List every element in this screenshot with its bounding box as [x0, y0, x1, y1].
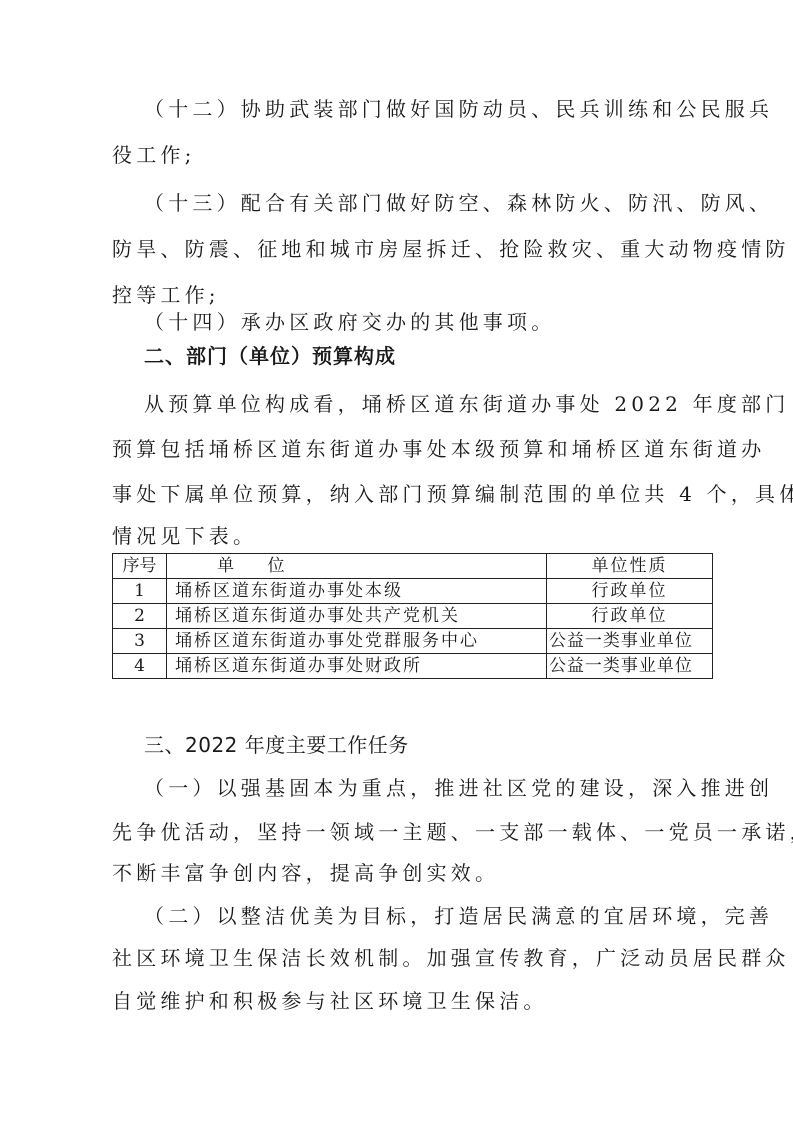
unit-type: 行政单位 [546, 604, 712, 629]
text-line: 从预算单位构成看，埇桥区道东街道办事处 2022 年度部门 [144, 392, 712, 416]
row-number: 4 [113, 654, 167, 679]
unit-name: 埇桥区道东街道办事处共产党机关 [167, 604, 547, 629]
text-line: 自觉维护和积极参与社区环境卫生保洁。 [112, 989, 712, 1013]
row-number: 3 [113, 629, 167, 654]
unit-type: 行政单位 [546, 579, 712, 604]
section-heading-main-tasks: 三、2022 年度主要工作任务 [144, 733, 409, 757]
text-line: 役工作; [112, 143, 712, 167]
table-row: 3 埇桥区道东街道办事处党群服务中心 公益一类事业单位 [113, 629, 713, 654]
table-header-row: 序号 单 位 单位性质 [113, 554, 713, 579]
text-line: （十四）承办区政府交办的其他事项。 [144, 310, 712, 334]
text-line: 防旱、防震、征地和城市房屋拆迁、抢险救灾、重大动物疫情防 [112, 237, 712, 261]
row-number: 2 [113, 604, 167, 629]
text-line: （二）以整洁优美为目标，打造居民满意的宜居环境，完善 [144, 904, 712, 928]
table-row: 1 埇桥区道东街道办事处本级 行政单位 [113, 579, 713, 604]
document-page: （十二）协助武装部门做好国防动员、民兵训练和公民服兵 役工作; （十三）配合有关… [0, 0, 793, 1122]
text-line: 不断丰富争创内容，提高争创实效。 [112, 861, 712, 885]
unit-type: 公益一类事业单位 [546, 654, 712, 679]
column-header-unit-type: 单位性质 [546, 554, 712, 579]
column-header-unit: 单 位 [167, 554, 547, 579]
unit-name: 埇桥区道东街道办事处党群服务中心 [167, 629, 547, 654]
unit-name: 埇桥区道东街道办事处财政所 [167, 654, 547, 679]
text-line: 预算包括埇桥区道东街道办事处本级预算和埇桥区道东街道办 [112, 437, 712, 461]
table-row: 2 埇桥区道东街道办事处共产党机关 行政单位 [113, 604, 713, 629]
text-line: 社区环境卫生保洁长效机制。加强宣传教育，广泛动员居民群众 [112, 946, 712, 970]
section-heading-budget-composition: 二、部门（单位）预算构成 [144, 344, 396, 368]
text-line: （一）以强基固本为重点，推进社区党的建设，深入推进创 [144, 776, 712, 800]
text-line: 情况见下表。 [112, 524, 712, 548]
table-row: 4 埇桥区道东街道办事处财政所 公益一类事业单位 [113, 654, 713, 679]
column-header-number: 序号 [113, 554, 167, 579]
unit-name: 埇桥区道东街道办事处本级 [167, 579, 547, 604]
text-line: （十二）协助武装部门做好国防动员、民兵训练和公民服兵 [144, 97, 712, 121]
text-line: （十三）配合有关部门做好防空、森林防火、防汛、防风、 [144, 191, 712, 215]
budget-units-table: 序号 单 位 单位性质 1 埇桥区道东街道办事处本级 行政单位 2 埇桥区道东街… [112, 553, 713, 679]
unit-type: 公益一类事业单位 [546, 629, 712, 654]
text-line: 控等工作; [112, 283, 712, 307]
text-line: 事处下属单位预算，纳入部门预算编制范围的单位共 4 个，具体 [112, 482, 712, 506]
text-line: 先争优活动，坚持一领域一主题、一支部一载体、一党员一承诺， [112, 820, 712, 844]
row-number: 1 [113, 579, 167, 604]
